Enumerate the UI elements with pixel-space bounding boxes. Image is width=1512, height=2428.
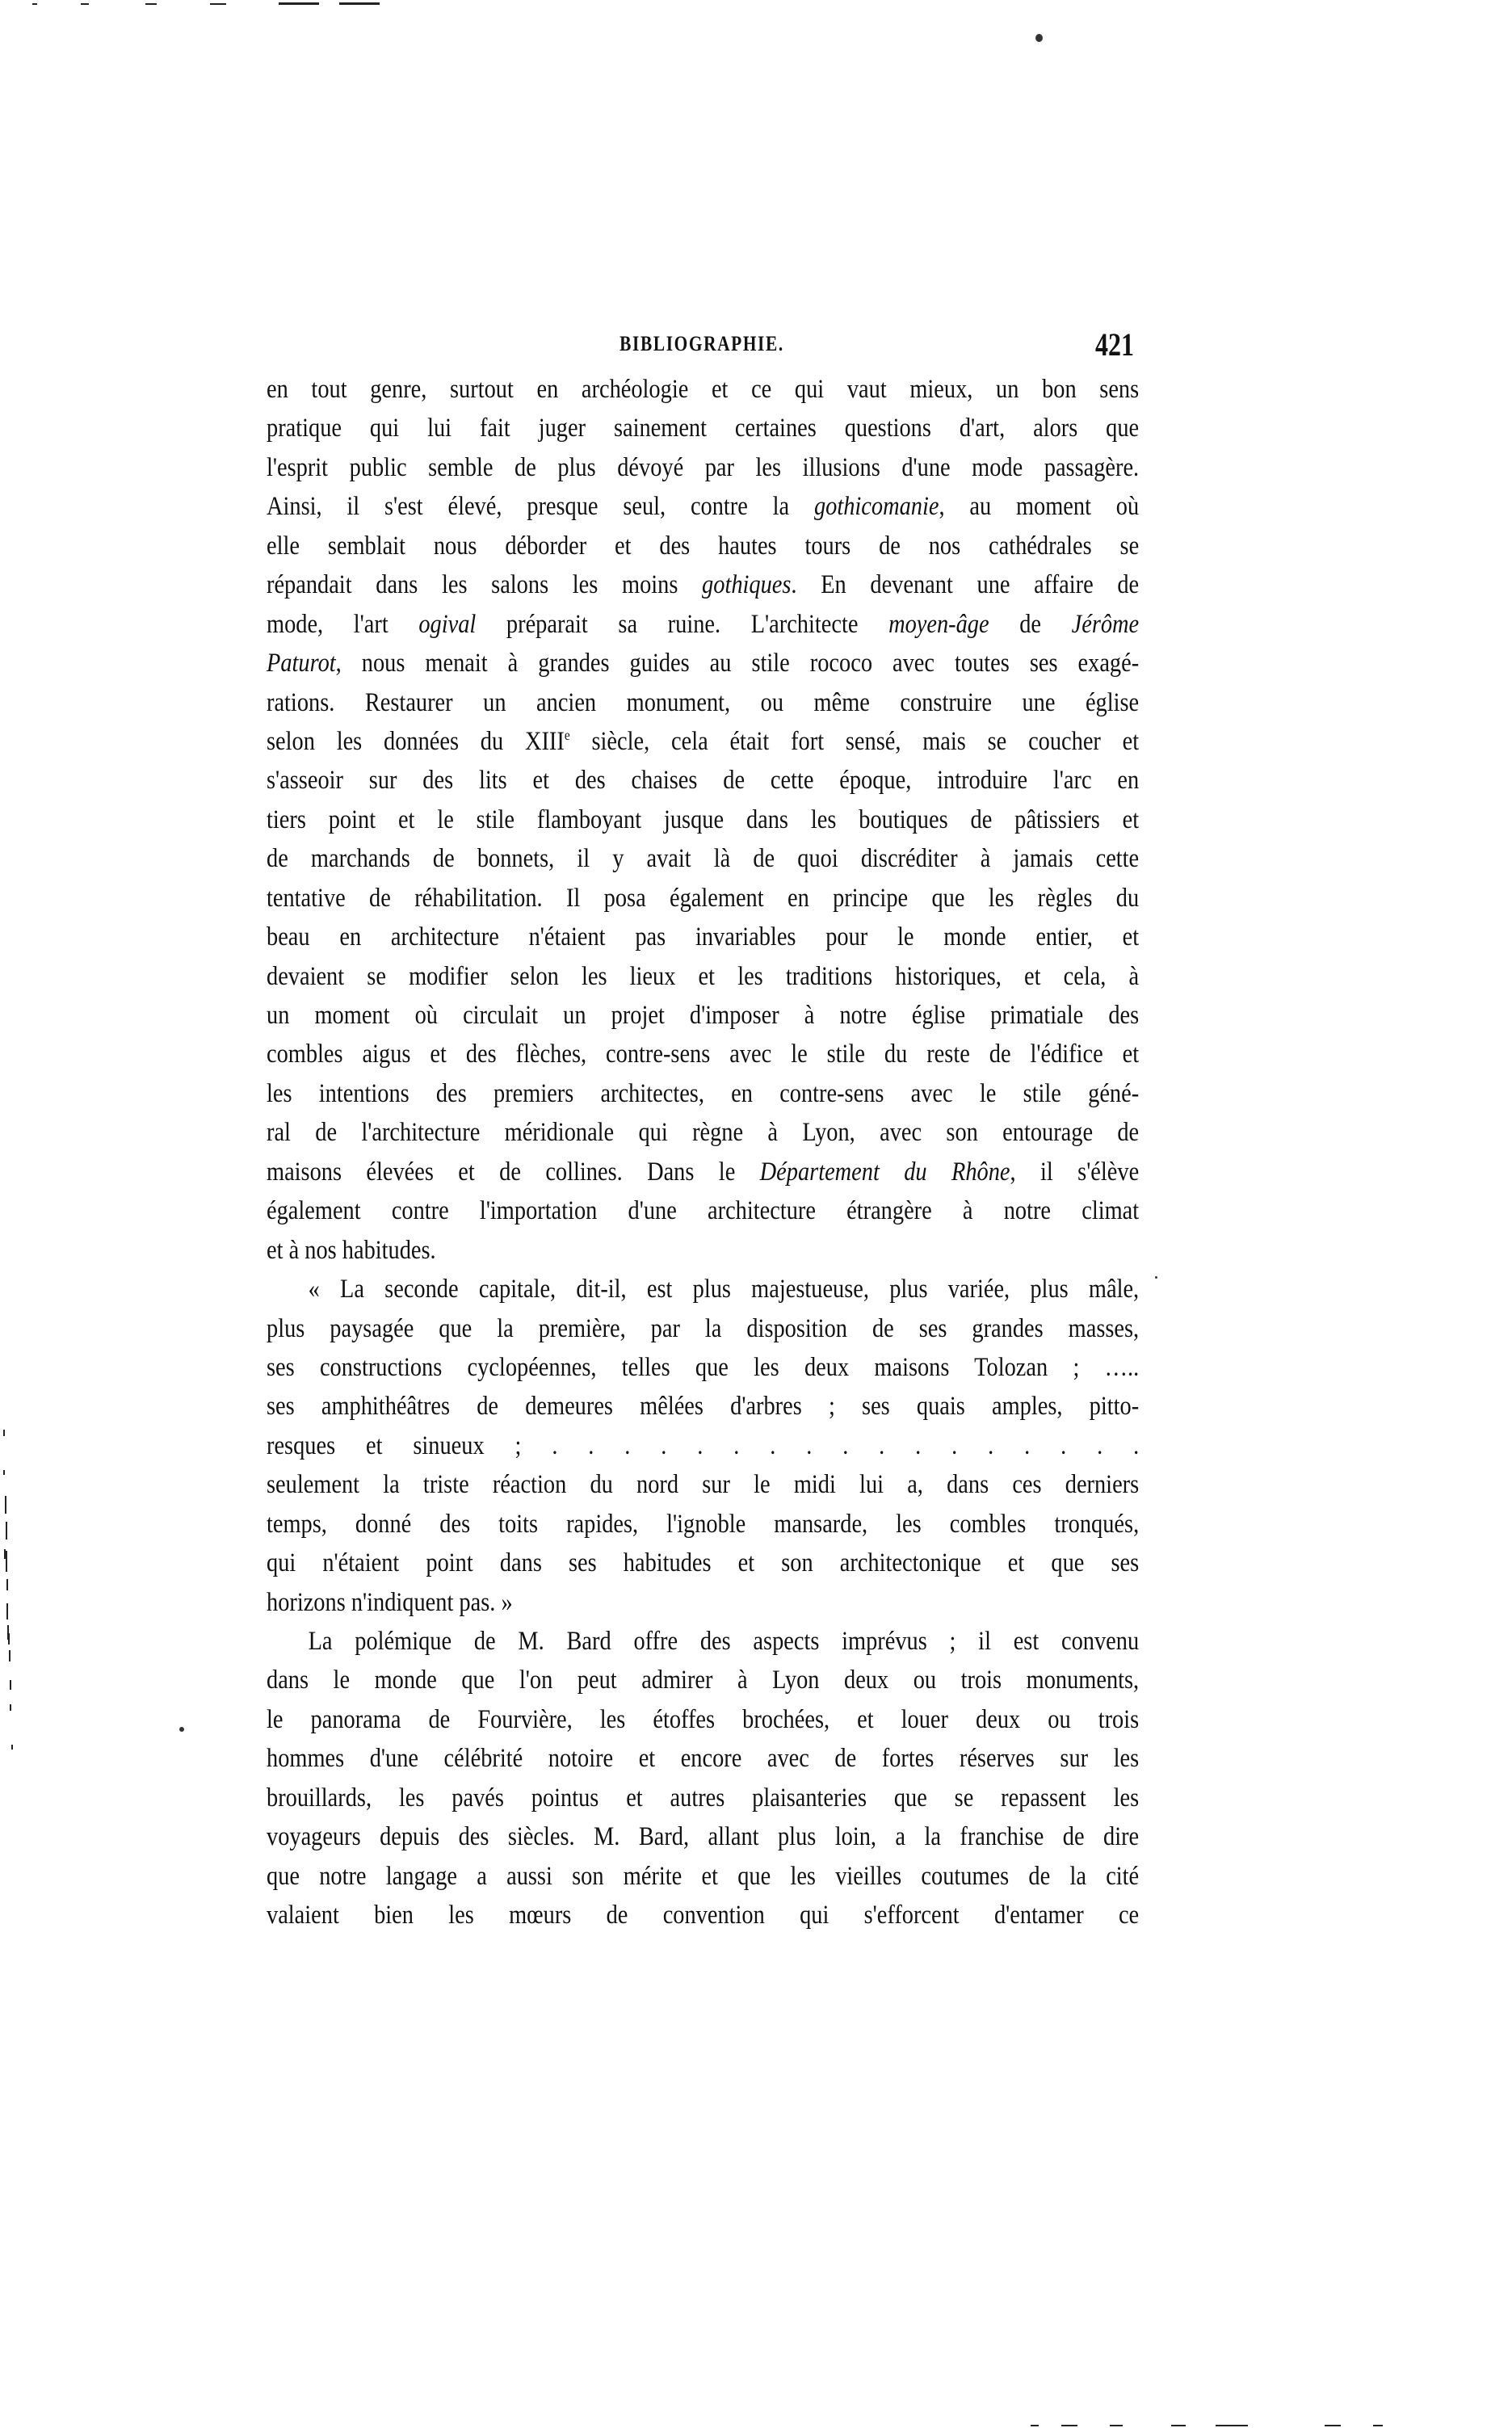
text-line: dans le monde que l'on peut admirer à Ly…	[267, 1661, 1139, 1699]
text-line: seulement la triste réaction du nord sur…	[267, 1465, 1139, 1504]
scan-line	[9, 1650, 10, 1661]
italic-span: Paturot	[267, 649, 336, 678]
scan-speck	[1031, 2425, 1039, 2426]
scan-line	[6, 1603, 8, 1619]
scan-speck	[1061, 2425, 1077, 2426]
italic-span: ogival	[418, 610, 476, 639]
italic-span: gothicomanie	[814, 492, 939, 521]
scanned-book-page: BIBLIOGRAPHIE. 421 en tout genre, surtou…	[0, 0, 1512, 2428]
scan-line	[10, 1704, 11, 1711]
scan-speck	[210, 3, 226, 5]
running-title: BIBLIOGRAPHIE.	[345, 332, 1059, 356]
text-line: répandait dans les salons les moins goth…	[267, 565, 1139, 604]
text-line: beau en architecture n'étaient pas invar…	[267, 918, 1139, 956]
text-line: en tout genre, surtout en archéologie et…	[267, 370, 1139, 409]
scan-speck	[339, 2, 380, 5]
body-text: en tout genre, surtout en archéologie et…	[267, 370, 1139, 1935]
scan-line	[6, 1551, 7, 1572]
text-line: un moment où circulait un projet d'impos…	[267, 996, 1139, 1035]
ink-blot-mark	[1035, 34, 1043, 42]
text-line: valaient bien les mœurs de convention qu…	[267, 1896, 1139, 1934]
scan-speck	[81, 3, 89, 5]
text-line: devaient se modifier selon les lieux et …	[267, 957, 1139, 996]
superscript: e	[565, 727, 570, 743]
text-line: ses constructions cyclopéennes, telles q…	[267, 1348, 1139, 1387]
text-line: elle semblait nous déborder et des haute…	[267, 527, 1139, 565]
running-head: BIBLIOGRAPHIE. 421	[267, 327, 1137, 359]
scan-speck	[1373, 2425, 1383, 2426]
text-line: tiers point et le stile flamboyant jusqu…	[267, 800, 1139, 839]
text-line: plus paysagée que la première, par la di…	[267, 1309, 1139, 1348]
text-line: horizons n'indiquent pas. »	[267, 1583, 1139, 1622]
ink-dot-mark	[1155, 1276, 1157, 1279]
text-line: rations. Restaurer un ancien monument, o…	[267, 683, 1139, 722]
text-line: ses amphithéâtres de demeures mêlées d'a…	[267, 1387, 1139, 1426]
text-line: selon les données du XIIIe siècle, cela …	[267, 722, 1139, 761]
text-line: mode, l'art ogival préparait sa ruine. L…	[267, 605, 1139, 644]
scan-line	[6, 1579, 8, 1590]
text-line: voyageurs depuis des siècles. M. Bard, a…	[267, 1817, 1139, 1856]
text-line: Ainsi, il s'est élevé, presque seul, con…	[267, 487, 1139, 526]
italic-span: Département du Rhône	[760, 1157, 1010, 1187]
text-line: combles aigus et des flèches, contre-sen…	[267, 1035, 1139, 1073]
scan-speck	[1110, 2425, 1123, 2426]
text-line: brouillards, les pavés pointus et autres…	[267, 1779, 1139, 1817]
scan-line	[6, 1522, 7, 1540]
text-line: que notre langage a aussi son mérite et …	[267, 1857, 1139, 1896]
text-line: pratique qui lui fait juger sainement ce…	[267, 409, 1139, 447]
text-line: hommes d'une célébrité notoire et encore…	[267, 1739, 1139, 1778]
text-line: les intentions des premiers architectes,…	[267, 1074, 1139, 1113]
scan-line	[8, 1633, 10, 1645]
scan-speck	[1325, 2425, 1341, 2426]
page-number: 421	[1095, 326, 1134, 363]
text-line: resques et sinueux ; . . . . . . . . . .…	[267, 1426, 1139, 1465]
scan-line	[3, 1430, 5, 1436]
text-line: et à nos habitudes.	[267, 1231, 1139, 1270]
italic-span: Jérôme	[1072, 610, 1140, 639]
text-line: s'asseoir sur des lits et des chaises de…	[267, 761, 1139, 800]
text-line: ral de l'architecture méridionale qui rè…	[267, 1113, 1139, 1152]
scan-speck	[1216, 2425, 1248, 2426]
scan-line	[3, 1470, 5, 1475]
text-line: maisons élevées et de collines. Dans le …	[267, 1153, 1139, 1191]
text-line: « La seconde capitale, dit-il, est plus …	[267, 1270, 1139, 1309]
scan-line	[11, 1745, 13, 1750]
ink-dot-mark	[179, 1727, 184, 1732]
scan-line	[5, 1496, 6, 1514]
text-line: l'esprit public semble de plus dévoyé pa…	[267, 448, 1139, 487]
scan-speck	[32, 3, 37, 5]
text-line: de marchands de bonnets, il y avait là d…	[267, 839, 1139, 878]
text-line: temps, donné des toits rapides, l'ignobl…	[267, 1505, 1139, 1544]
scan-speck	[1171, 2425, 1186, 2426]
italic-span: gothiques	[702, 570, 791, 599]
scan-line	[10, 1680, 11, 1690]
text-line: qui n'étaient point dans ses habitudes e…	[267, 1544, 1139, 1582]
text-line: La polémique de M. Bard offre des aspect…	[267, 1622, 1139, 1661]
text-line: également contre l'importation d'une arc…	[267, 1191, 1139, 1230]
text-line: le panorama de Fourvière, les étoffes br…	[267, 1700, 1139, 1739]
scan-edge-artifacts	[0, 0, 1512, 8]
text-line: Paturot, nous menait à grandes guides au…	[267, 644, 1139, 683]
scan-speck	[279, 2, 319, 5]
italic-span: moyen-âge	[888, 610, 989, 639]
scan-speck	[145, 3, 157, 5]
text-line: tentative de réhabilitation. Il posa éga…	[267, 879, 1139, 918]
